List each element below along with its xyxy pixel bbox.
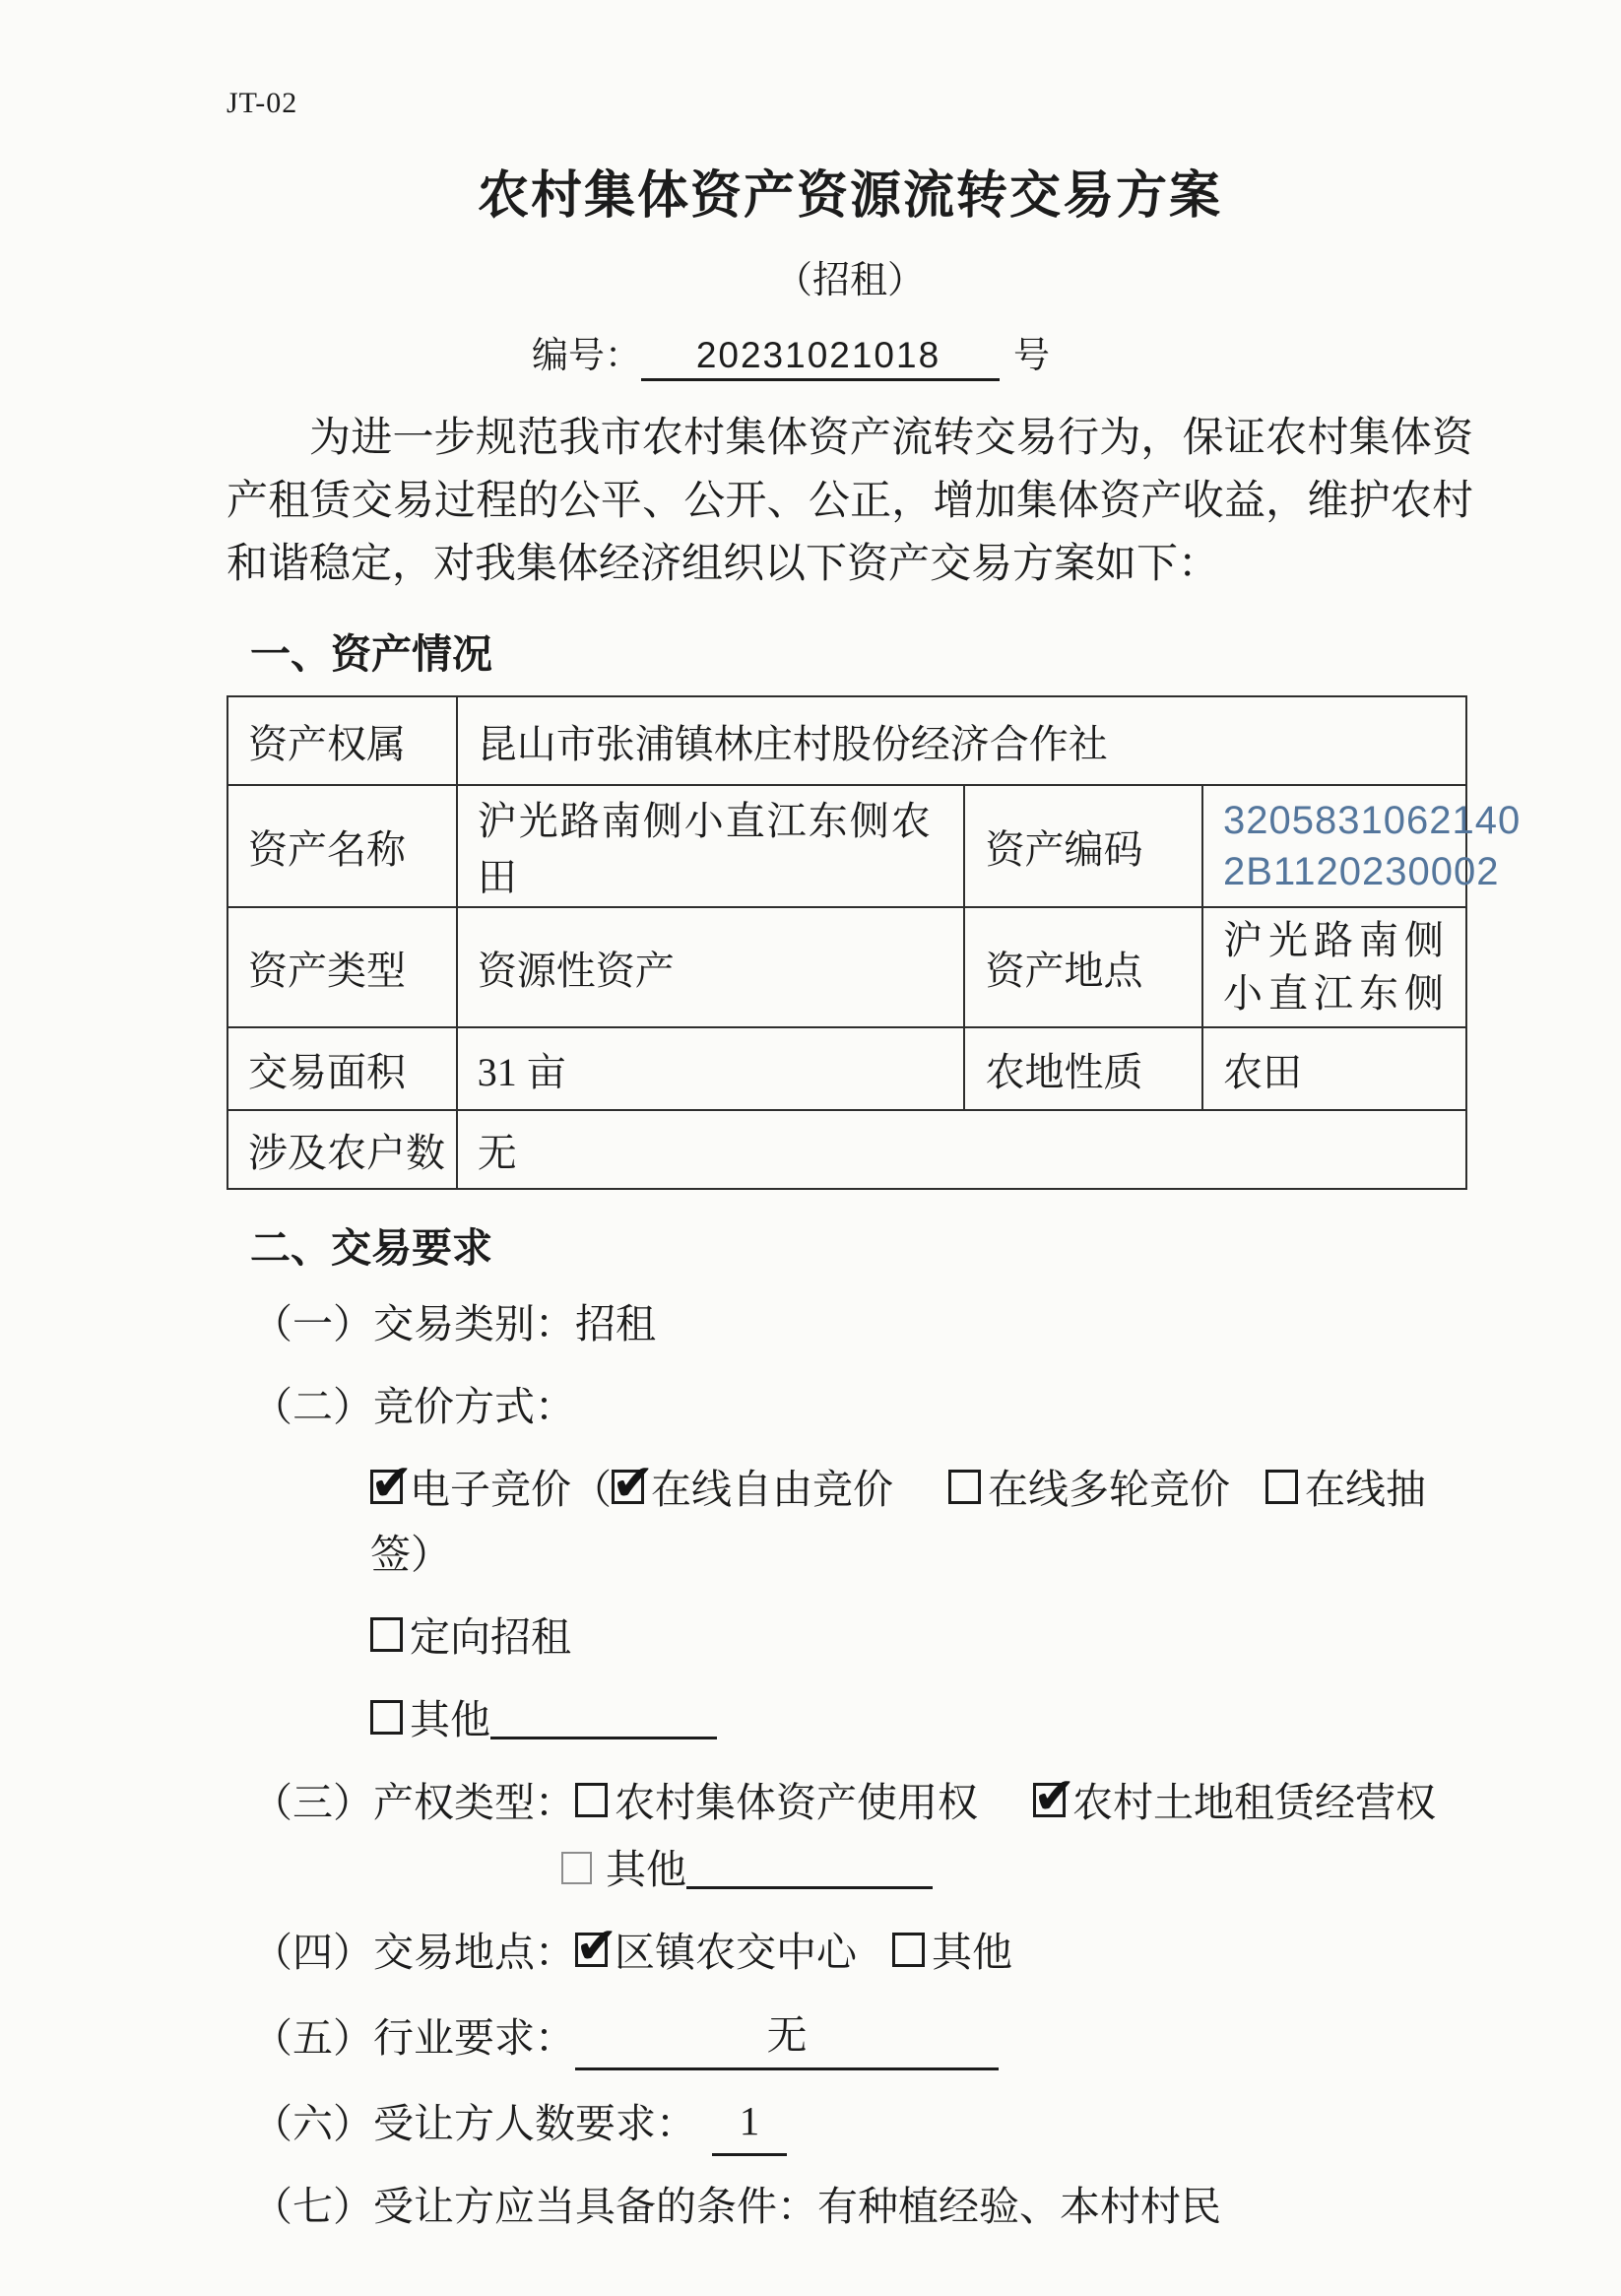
item-transaction-venue: （四）交易地点：区镇农交中心其他 bbox=[252, 1920, 1473, 1985]
checkbox-property-right-other bbox=[561, 1852, 592, 1884]
online-free-bidding-label: 在线自由竞价 bbox=[651, 1467, 893, 1512]
venue-other-label: 其他 bbox=[932, 1930, 1012, 1975]
directed-lease-label: 定向招租 bbox=[410, 1614, 571, 1660]
town-trading-center-label: 区镇农交中心 bbox=[615, 1930, 857, 1975]
online-multi-round-bidding-label: 在线多轮竞价 bbox=[988, 1467, 1230, 1512]
table-row: 涉及农户数 无 bbox=[227, 1110, 1466, 1189]
asset-name-value: 沪光路南侧小直江东侧农田 bbox=[457, 785, 965, 907]
bidding-other-label: 其他 bbox=[410, 1697, 490, 1742]
checkbox-venue-other bbox=[892, 1933, 925, 1967]
document-subtitle: （招租） bbox=[227, 249, 1473, 303]
table-row: 资产权属 昆山市张浦镇林庄村股份经济合作社 bbox=[227, 696, 1466, 785]
section-requirements-heading: 二、交易要求 bbox=[250, 1215, 1473, 1274]
item-bidding-method: （二）竞价方式： bbox=[252, 1374, 1473, 1439]
section-asset-heading: 一、资产情况 bbox=[250, 622, 1473, 680]
households-value: 无 bbox=[457, 1110, 1466, 1189]
electronic-bidding-label: 电子竞价 bbox=[410, 1467, 571, 1512]
land-nature-value: 农田 bbox=[1202, 1027, 1466, 1110]
checkbox-online-lottery bbox=[1265, 1470, 1298, 1504]
collective-asset-use-right-label: 农村集体资产使用权 bbox=[615, 1780, 978, 1825]
asset-code-label: 资产编码 bbox=[964, 785, 1202, 907]
asset-code-value: 3205831062140 2B1120230002 bbox=[1202, 785, 1466, 907]
item-industry-requirement: （五）行业要求：无 bbox=[252, 2002, 1473, 2070]
households-label: 涉及农户数 bbox=[227, 1110, 457, 1189]
document-page: JT-02 农村集体资产资源流转交易方案 （招租） 编号：20231021018… bbox=[0, 0, 1621, 2296]
item-transaction-category: （一）交易类别：招租 bbox=[252, 1291, 1473, 1356]
item-transferee-conditions: （七）受让方应当具备的条件：有种植经验、本村村民 bbox=[252, 2174, 1473, 2239]
transaction-category-label: （一）交易类别： bbox=[252, 1301, 575, 1346]
checkbox-bidding-other bbox=[370, 1700, 403, 1735]
bidding-method-label: （二）竞价方式： bbox=[252, 1384, 575, 1429]
blank-underline bbox=[686, 1847, 933, 1889]
asset-location-value: 沪光路南侧小直江东侧 bbox=[1202, 907, 1466, 1027]
land-nature-label: 农地性质 bbox=[964, 1027, 1202, 1110]
checkbox-directed-lease bbox=[370, 1617, 403, 1652]
area-label: 交易面积 bbox=[227, 1027, 457, 1110]
asset-table: 资产权属 昆山市张浦镇林庄村股份经济合作社 资产名称 沪光路南侧小直江东侧农田 … bbox=[227, 695, 1467, 1190]
checkbox-rural-land-lease-right bbox=[1033, 1783, 1066, 1817]
transaction-venue-label: （四）交易地点： bbox=[252, 1930, 575, 1975]
property-right-type-label: （三）产权类型： bbox=[252, 1780, 575, 1825]
transferee-count-value: 1 bbox=[712, 2088, 787, 2156]
table-row: 交易面积 31 亩 农地性质 农田 bbox=[227, 1027, 1466, 1110]
table-row: 资产类型 资源性资产 资产地点 沪光路南侧小直江东侧 bbox=[227, 907, 1466, 1027]
intro-paragraph: 为进一步规范我市农村集体资产流转交易行为，保证农村集体资产租赁交易过程的公平、公… bbox=[227, 407, 1473, 596]
bidding-option-line-directed: 定向招租 bbox=[370, 1605, 1473, 1670]
transferee-count-label: （六）受让方人数要求： bbox=[252, 2101, 696, 2146]
rural-land-lease-right-label: 农村土地租赁经营权 bbox=[1072, 1780, 1436, 1825]
paren-open: （ bbox=[571, 1467, 612, 1512]
transaction-category-value: 招租 bbox=[575, 1301, 656, 1346]
blank-underline bbox=[490, 1697, 717, 1739]
paren-close: ） bbox=[411, 1532, 451, 1577]
owner-value: 昆山市张浦镇林庄村股份经济合作社 bbox=[457, 696, 1466, 785]
item-transferee-count: （六）受让方人数要求：1 bbox=[252, 2088, 1473, 2156]
area-value: 31 亩 bbox=[457, 1027, 965, 1110]
table-row: 资产名称 沪光路南侧小直江东侧农田 资产编码 3205831062140 2B1… bbox=[227, 785, 1466, 907]
doc-no-suffix: 号 bbox=[1013, 336, 1050, 376]
doc-no-value: 20231021018 bbox=[641, 335, 1000, 381]
asset-location-label: 资产地点 bbox=[964, 907, 1202, 1027]
checkbox-online-free-bidding bbox=[612, 1470, 644, 1504]
industry-requirement-value: 无 bbox=[575, 2002, 999, 2070]
asset-type-value: 资源性资产 bbox=[457, 907, 965, 1027]
checkbox-collective-asset-use-right bbox=[575, 1783, 608, 1817]
asset-code-line2: 2B1120230002 bbox=[1223, 846, 1456, 897]
item-property-right-type: （三）产权类型：农村集体资产使用权农村土地租赁经营权 bbox=[252, 1770, 1473, 1835]
asset-code-line1: 3205831062140 bbox=[1223, 795, 1456, 846]
transferee-conditions-value: 有种植经验、本村村民 bbox=[817, 2184, 1221, 2229]
checkbox-town-trading-center bbox=[575, 1933, 608, 1967]
asset-name-label: 资产名称 bbox=[227, 785, 457, 907]
property-right-other-line: 其他 bbox=[561, 1837, 1473, 1902]
owner-label: 资产权属 bbox=[227, 696, 457, 785]
document-title: 农村集体资产资源流转交易方案 bbox=[227, 154, 1473, 228]
bidding-option-line-electronic: 电子竞价（在线自由竞价在线多轮竞价在线抽签） bbox=[370, 1457, 1473, 1587]
checkbox-online-multi-round-bidding bbox=[948, 1470, 981, 1504]
document-number-line: 编号：20231021018号 bbox=[167, 325, 1414, 381]
form-code: JT-02 bbox=[227, 87, 1473, 120]
doc-no-label: 编号： bbox=[532, 336, 641, 376]
bidding-option-line-other: 其他 bbox=[370, 1687, 1473, 1752]
industry-requirement-label: （五）行业要求： bbox=[252, 2015, 575, 2061]
checkbox-electronic-bidding bbox=[370, 1470, 403, 1504]
property-right-other-label: 其他 bbox=[606, 1847, 686, 1892]
asset-type-label: 资产类型 bbox=[227, 907, 457, 1027]
transferee-conditions-label: （七）受让方应当具备的条件： bbox=[252, 2184, 817, 2229]
